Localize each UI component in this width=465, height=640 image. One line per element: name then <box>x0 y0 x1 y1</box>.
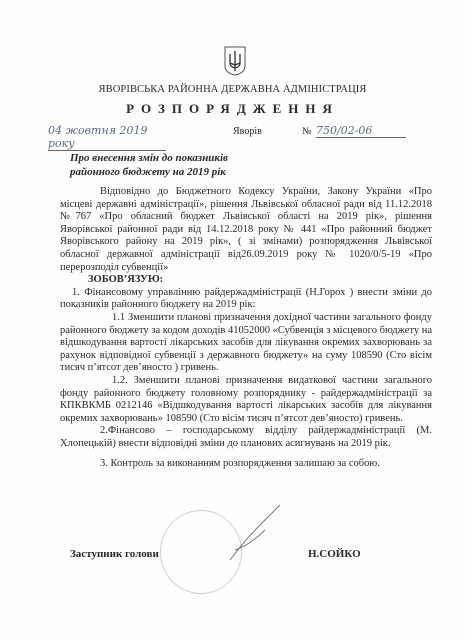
document-type-title: РОЗПОРЯДЖЕННЯ <box>0 101 465 117</box>
handwritten-date: 04 жовтня 2019 року <box>48 124 166 151</box>
handwritten-number: 750/02-06 <box>316 124 406 138</box>
document-page: ЯВОРІВСЬКА РАЙОННА ДЕРЖАВНА АДМІНІСТРАЦІ… <box>0 0 465 640</box>
order-heading: ЗОБОВ’ЯЗУЮ: <box>88 274 432 287</box>
document-body: Відповідно до Бюджетного Кодексу України… <box>60 186 432 471</box>
subject-line-2: районного бюджету на 2019 рік <box>70 165 228 179</box>
number-label: № <box>302 126 312 137</box>
organization-name: ЯВОРІВСЬКА РАЙОННА ДЕРЖАВНА АДМІНІСТРАЦІ… <box>0 84 465 95</box>
item-1-1: 1.1 Зменшити планові призначення дохідно… <box>60 312 432 375</box>
item-1-2: 1.2. Зменшити планові призначення видатк… <box>60 375 432 425</box>
signature-scribble-icon <box>225 500 285 570</box>
trident-emblem-icon <box>224 46 246 76</box>
item-2: 2.Фінансово – господарському відділу рай… <box>60 425 432 450</box>
preamble-paragraph: Відповідно до Бюджетного Кодексу України… <box>60 186 432 274</box>
subject-line-1: Про внесення змін до показників <box>70 151 228 165</box>
date-number-line: 04 жовтня 2019 року Яворів № 750/02-06 <box>0 124 465 142</box>
signatory-position: Заступник голови <box>70 548 159 560</box>
item-1: 1. Фінансовому управлінню райдержадмініс… <box>60 287 432 312</box>
subject-heading: Про внесення змін до показників районног… <box>70 151 228 179</box>
place-label: Яворів <box>233 126 262 137</box>
signatory-name: Н.СОЙКО <box>308 548 361 560</box>
item-3: 3. Контроль за виконанням розпорядження … <box>60 458 432 471</box>
